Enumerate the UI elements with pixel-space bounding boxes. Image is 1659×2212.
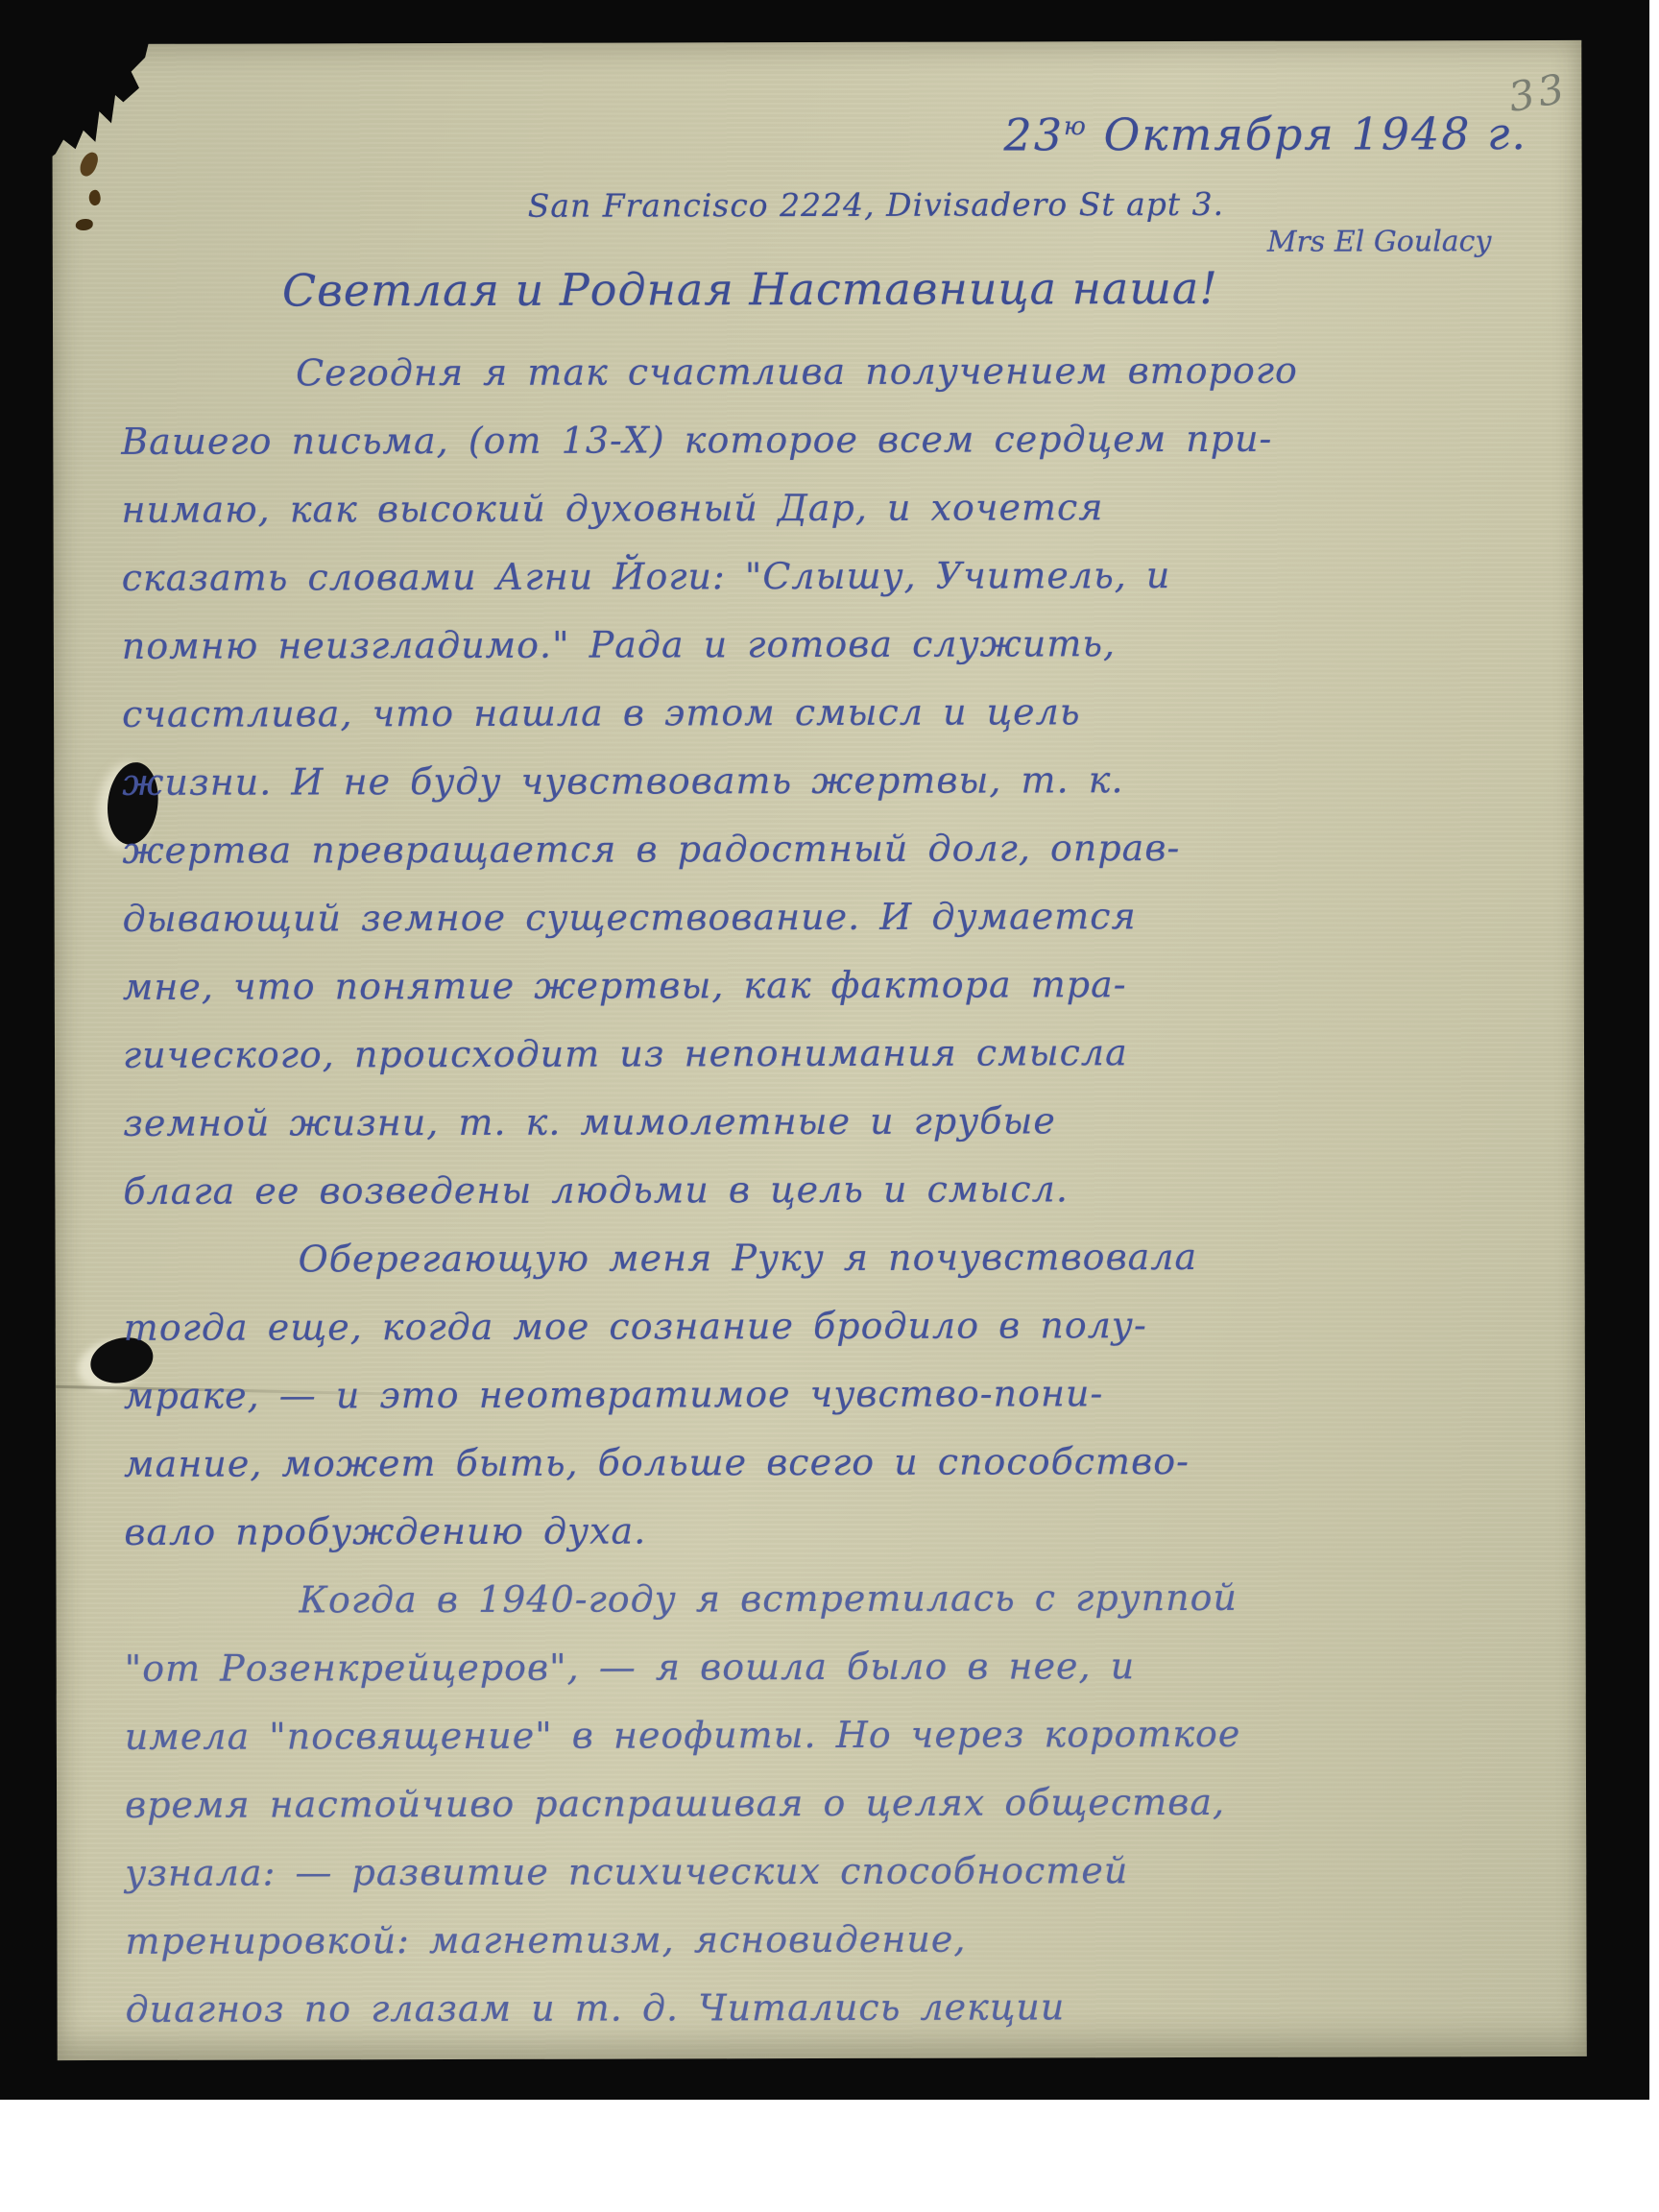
letter-paper: 33 23ю Октября 1948 г. San Francisco 222… (52, 40, 1586, 2060)
letter-line: тогда еще, когда мое сознание бродило в … (124, 1290, 1554, 1362)
burn-spot (78, 150, 100, 179)
torn-corner (49, 41, 149, 158)
address-line: San Francisco 2224, Divisadero St apt 3. (528, 185, 1225, 225)
letter-line: нимаю, как высокий духовный Дар, и хочет… (121, 472, 1551, 544)
letter-line: сказать словами Агни Йоги: "Слышу, Учите… (122, 541, 1552, 613)
burn-spot (87, 189, 102, 206)
letter-line: Вашего письма, (от 13-X) которое всем се… (121, 404, 1551, 476)
scanned-letter-page: 33 23ю Октября 1948 г. San Francisco 222… (0, 0, 1659, 2212)
letter-line: гического, происходит из непонимания смы… (123, 1018, 1553, 1090)
letter-body: Сегодня я так счастлива получением второ… (121, 336, 1556, 2044)
letter-line: узнала: — развитие психических способнос… (125, 1836, 1555, 1908)
letter-line: мраке, — и это неотвратимое чувство-пони… (124, 1358, 1554, 1431)
salutation: Светлая и Родная Наставница наша! (282, 262, 1218, 317)
letter-line: блага ее возведены людьми в цель и смысл… (123, 1154, 1553, 1226)
letter-line: дывающий земное существование. И думаетс… (123, 881, 1553, 953)
letter-line: Сегодня я так счастлива получением второ… (121, 336, 1551, 408)
letter-line: вало пробуждению духа. (124, 1495, 1554, 1567)
sender-name: Mrs El Goulacy (1267, 225, 1492, 259)
burn-spot (76, 219, 93, 230)
letter-line: мне, что понятие жертвы, как фактора тра… (123, 950, 1553, 1022)
letter-line: "от Розенкрейцеров", — я вошла было в не… (125, 1631, 1555, 1703)
letter-line: диагноз по глазам и т. д. Читались лекци… (126, 1972, 1556, 2044)
letter-line: Оберегающую меня Руку я почувствовала (123, 1222, 1553, 1294)
letter-line: помню неизгладимо." Рада и готова служит… (122, 609, 1552, 681)
date-day: 23 (1003, 108, 1064, 160)
date-line: 23ю Октября 1948 г. (1003, 108, 1527, 160)
letter-line: земной жизни, т. к. мимолетные и грубые (123, 1086, 1553, 1158)
letter-line: Когда в 1940-году я встретилась с группо… (124, 1563, 1554, 1635)
letter-line: жизни. И не буду чувствовать жертвы, т. … (122, 745, 1552, 817)
letter-line: мание, может быть, больше всего и способ… (124, 1427, 1554, 1499)
letter-line: тренировкой: магнетизм, ясновидение, (125, 1904, 1555, 1976)
scanner-background: 33 23ю Октября 1948 г. San Francisco 222… (0, 0, 1649, 2100)
letter-line: время настойчиво распрашивая о целях общ… (125, 1767, 1555, 1839)
date-rest: Октября 1948 г. (1088, 108, 1527, 160)
letter-line: имела "посвящение" в неофиты. Но через к… (125, 1699, 1555, 1771)
date-day-suffix: ю (1064, 112, 1088, 141)
letter-line: жертва превращается в радостный долг, оп… (122, 813, 1552, 885)
letter-line: счастлива, что нашла в этом смысл и цель (122, 677, 1552, 749)
